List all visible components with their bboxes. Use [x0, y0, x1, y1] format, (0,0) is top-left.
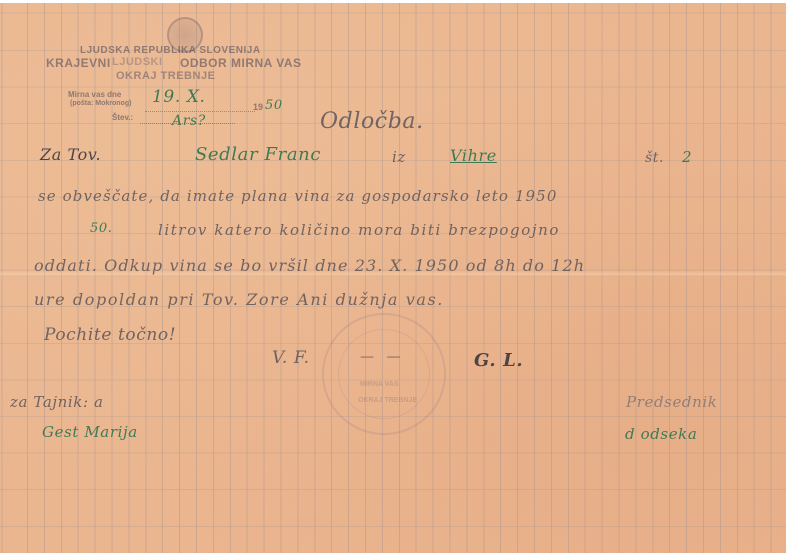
house-number-label: št.	[645, 150, 664, 166]
wine-amount: 50.	[90, 221, 112, 236]
president-sub: d odseka	[625, 425, 697, 443]
body-line-5: ure dopoldan pri Tov. Zore Ani dužnja va…	[34, 290, 444, 309]
body-line-3: litrov katero količino mora biti brezpog…	[158, 221, 560, 239]
house-number: 2	[682, 148, 692, 166]
document-paper: LJUDSKA REPUBLIKA SLOVENIJA KRAJEVNI LJU…	[0, 3, 786, 553]
number-handwritten: Ars?	[172, 113, 206, 129]
stamp-krajevni: KRAJEVNI	[46, 56, 111, 70]
president-label: Predsednik	[626, 393, 717, 411]
stamp-post-label: (pošta: Mokronog)	[70, 100, 131, 107]
stamp-okraj-trebnje: OKRAJ TREBNJE	[116, 70, 215, 82]
secretary-name: Gest Marija	[42, 423, 138, 441]
stamp-number-label: Štev.:	[112, 113, 133, 122]
body-line-4: oddati. Odkup vina se bo vršil dne 23. X…	[34, 256, 585, 275]
ruled-grid-horizontal	[0, 3, 786, 553]
recipient-conjunction: iz	[392, 148, 406, 166]
seal-text-2: OKRAJ TREBNJE	[358, 397, 417, 404]
year-printed: 19	[253, 102, 263, 112]
initials-right: G. L.	[474, 350, 523, 371]
round-official-seal-icon: MIRNA VAS OKRAJ TREBNJE	[322, 313, 446, 435]
secretary-label: za Tajnik: a	[10, 393, 104, 411]
seal-text-1: MIRNA VAS	[360, 381, 399, 388]
stamp-place-label: Mirna vas dne	[68, 90, 121, 99]
stamp-republic-line: LJUDSKA REPUBLIKA SLOVENIJA	[80, 45, 261, 56]
date-handwritten: 19. X.	[152, 87, 206, 107]
body-line-2: se obveščate, da imate plana vina za gos…	[38, 187, 557, 205]
recipient-prefix: Za Tov.	[40, 145, 101, 164]
stamp-odbor-mirna-vas: ODBOR MIRNA VAS	[180, 56, 302, 70]
recipient-name: Sedlar Franc	[195, 144, 321, 165]
initials-left: V. F.	[272, 348, 310, 368]
body-line-6: Pochite točno!	[44, 325, 176, 345]
signature-dashes: — —	[360, 349, 404, 365]
date-dotted-line	[145, 111, 255, 112]
document-title: Odločba.	[320, 109, 424, 134]
recipient-place: Vihre	[450, 146, 497, 165]
year-handwritten: 50	[265, 98, 283, 113]
stamp-ljudski: LJUDSKI	[112, 56, 163, 68]
